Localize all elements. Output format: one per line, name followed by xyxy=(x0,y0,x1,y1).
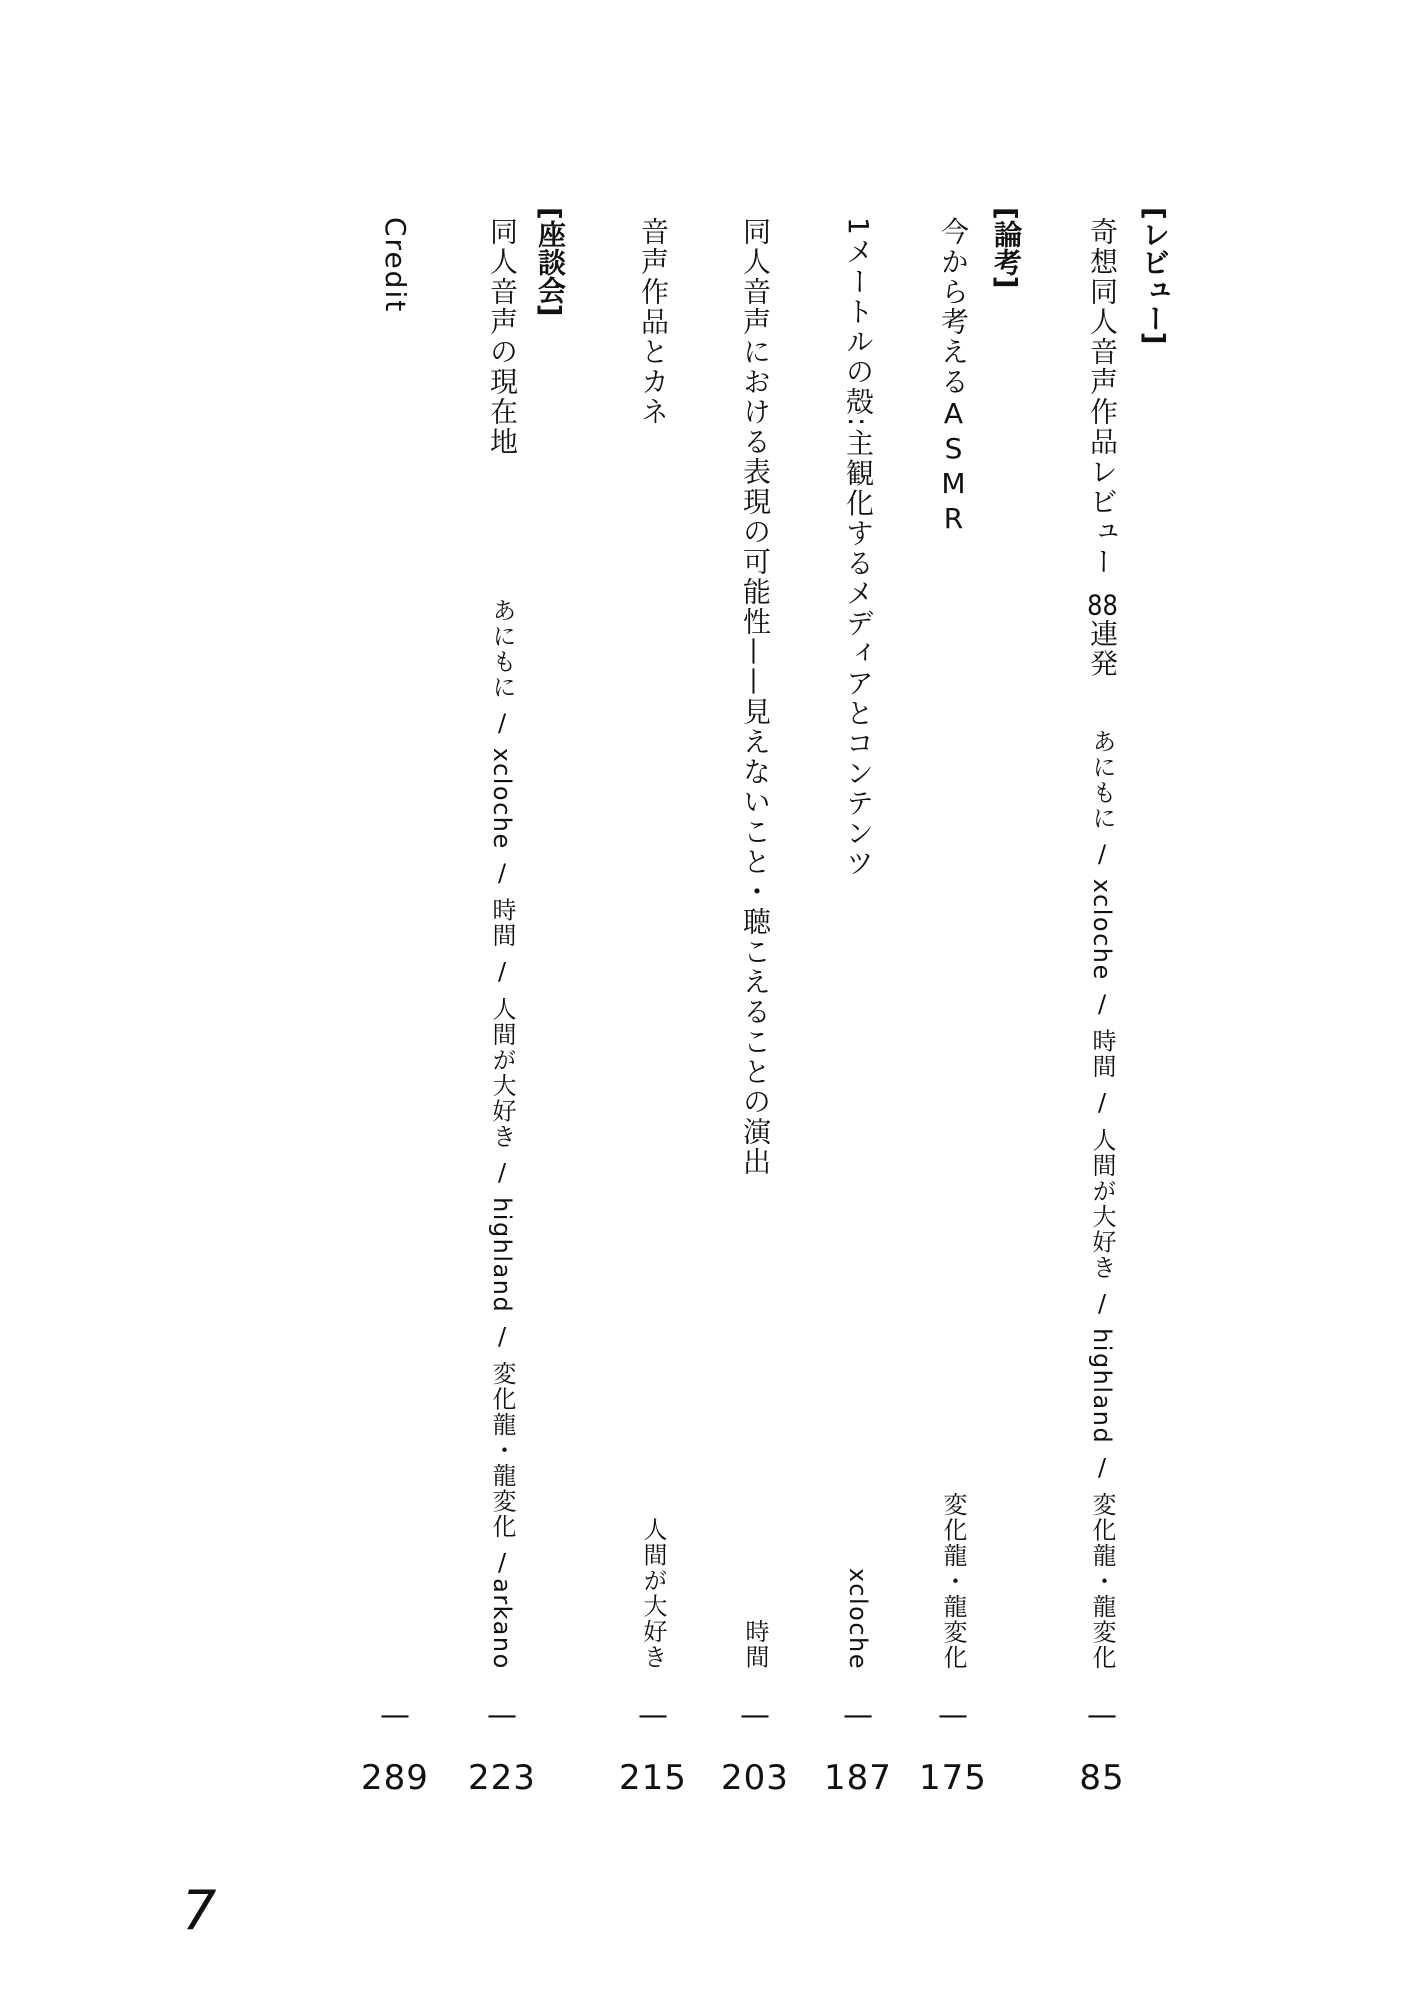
toc-entry-expression-possibility: 同人音声における表現の可能性——見えないこと・聴こえることの演出 時間 — 20… xyxy=(738,207,772,1795)
entry-title-latin: ASMR xyxy=(937,397,970,537)
entry-authors: あにもに / xcloche / 時間 / 人間が大好き / highland … xyxy=(1087,729,1117,1670)
entry-title: 1メートルの殻:主観化するメディアとコンテンツ xyxy=(841,207,875,1795)
entry-page-dash: — xyxy=(843,1701,873,1731)
toc-entry-asmr: 今から考えるASMR 変化龍・龍変化 — 175 xyxy=(936,207,970,1795)
entry-title: Credit xyxy=(378,207,412,1795)
entry-authors: あにもに / xcloche / 時間 / 人間が大好き / highland … xyxy=(487,598,517,1670)
section-header-label: [座談会] xyxy=(533,207,567,1795)
section-header-essays: [論考] xyxy=(989,207,1023,1795)
section-header-roundtable: [座談会] xyxy=(533,207,567,1795)
entry-authors: 変化龍・龍変化 xyxy=(938,1492,968,1671)
entry-page-dash: — xyxy=(638,1701,668,1731)
entry-authors: 時間 xyxy=(740,1619,770,1670)
entry-title: 同人音声における表現の可能性——見えないこと・聴こえることの演出 xyxy=(738,207,772,1795)
page-folio-number: 7 xyxy=(182,1884,216,1938)
section-header-label: [論考] xyxy=(989,207,1023,1795)
entry-page-number: 203 xyxy=(721,1761,789,1795)
entry-page-number: 289 xyxy=(361,1761,429,1795)
entry-title-number: 88 xyxy=(1086,591,1119,619)
section-header-label: [レビュー] xyxy=(1137,207,1171,1795)
table-of-contents: [レビュー] 奇想同人音声作品レビュー88連発 あにもに / xcloche /… xyxy=(378,207,1171,1795)
entry-page-dash: — xyxy=(380,1701,410,1731)
entry-page-number: 175 xyxy=(919,1761,987,1795)
toc-entry-audio-works-and-money: 音声作品とカネ 人間が大好き — 215 xyxy=(636,207,670,1795)
entry-title-text: 連発 xyxy=(1086,619,1119,679)
toc-entry-current-state: 同人音声の現在地 あにもに / xcloche / 時間 / 人間が大好き / … xyxy=(485,207,519,1795)
entry-page-number: 187 xyxy=(824,1761,892,1795)
toc-page: { "page": { "folio": "7" }, "colors": { … xyxy=(0,0,1410,2000)
toc-entry-one-meter-shell: 1メートルの殻:主観化するメディアとコンテンツ xcloche — 187 xyxy=(841,207,875,1795)
entry-page-number: 215 xyxy=(619,1761,687,1795)
section-header-review: [レビュー] xyxy=(1137,207,1171,1795)
entry-page-dash: — xyxy=(740,1701,770,1731)
entry-page-number: 85 xyxy=(1079,1761,1124,1795)
entry-page-dash: — xyxy=(487,1701,517,1731)
toc-entry-review-88: 奇想同人音声作品レビュー88連発 あにもに / xcloche / 時間 / 人… xyxy=(1085,207,1119,1795)
entry-page-number: 223 xyxy=(468,1761,536,1795)
toc-entry-credit: Credit — 289 xyxy=(378,207,412,1795)
entry-authors: xcloche xyxy=(843,1568,873,1670)
entry-title-text: 今から考える xyxy=(937,217,970,397)
entry-title-text: 奇想同人音声作品レビュー xyxy=(1086,217,1119,577)
entry-authors: 人間が大好き xyxy=(638,1517,668,1670)
entry-page-dash: — xyxy=(938,1701,968,1731)
entry-page-dash: — xyxy=(1087,1701,1117,1731)
